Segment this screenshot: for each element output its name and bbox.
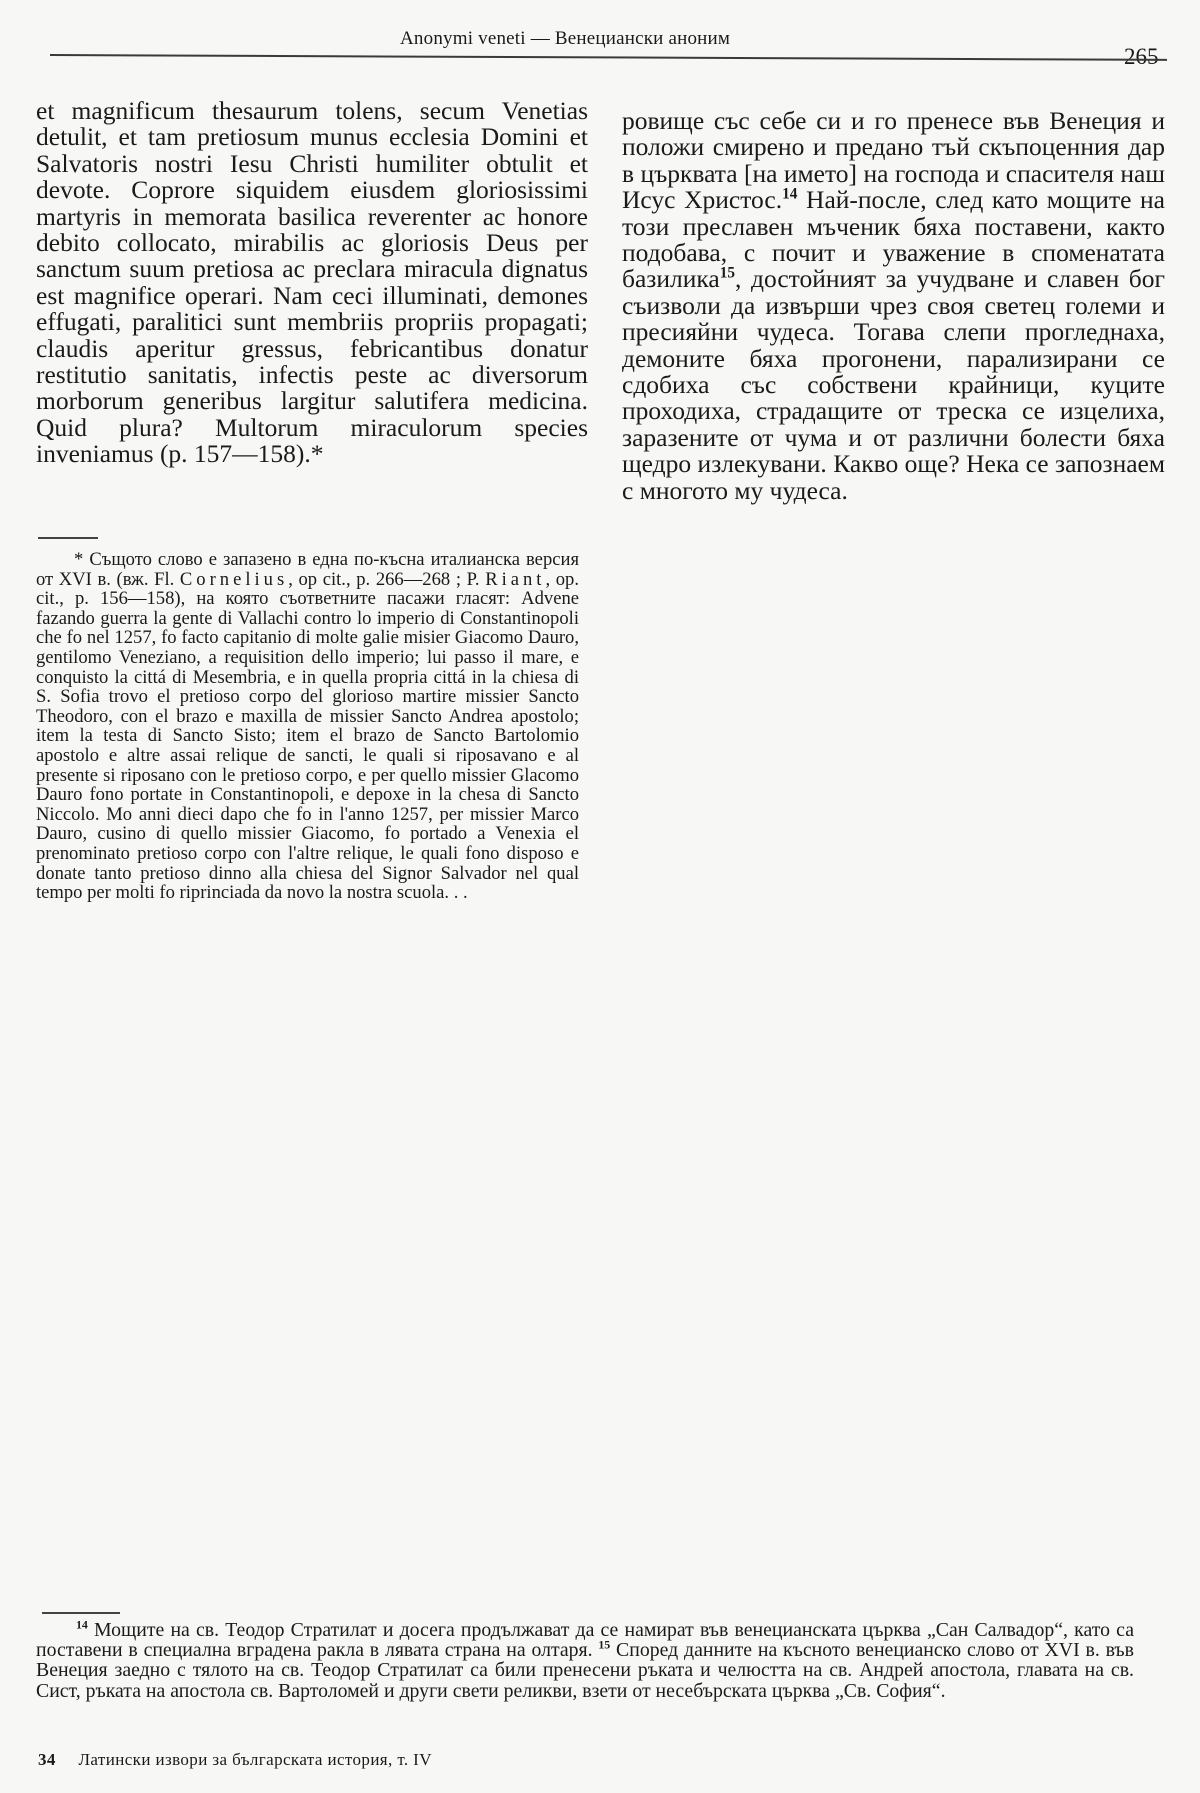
bulgarian-paragraph: ровище със себе си и го пренесе във Вене… [622, 108, 1165, 504]
bottom-footnote-divider [42, 1612, 120, 1614]
author-cornelius: Cornelius [180, 569, 288, 590]
bulgarian-text-column: ровище със себе си и го пренесе във Вене… [622, 108, 1165, 504]
latin-paragraph: et magnificum thesaurum tolens, secum Ve… [36, 98, 588, 468]
author-riant: Riant [485, 569, 545, 590]
footnote-14-15: 14 Мощите на св. Теодор Стратилат и досе… [36, 1620, 1134, 1701]
footnote-ref-14[interactable]: 14 [782, 186, 797, 203]
page-footer: 34 Латински извори за българската истори… [38, 1750, 432, 1770]
footnote-number-15: 15 [598, 1638, 610, 1652]
page-number: 265 [1124, 44, 1159, 70]
header-rule [50, 54, 1167, 61]
printer-signature: 34 [38, 1750, 56, 1769]
footnote-divider [38, 537, 98, 539]
latin-text-column: et magnificum thesaurum tolens, secum Ve… [36, 98, 588, 468]
footnote-star-text: * Същото слово е запазено в една по-късн… [36, 550, 579, 903]
bottom-footnotes: 14 Мощите на св. Теодор Стратилат и досе… [36, 1620, 1134, 1701]
footnote-star: * Същото слово е запазено в една по-късн… [36, 550, 579, 903]
footnote-ref-15[interactable]: 15 [720, 265, 735, 282]
running-title: Anonymi veneti — Венециански аноним [400, 28, 730, 50]
book-title: Латински извори за българската история, … [78, 1750, 431, 1769]
footnote-number-14: 14 [76, 1617, 88, 1631]
